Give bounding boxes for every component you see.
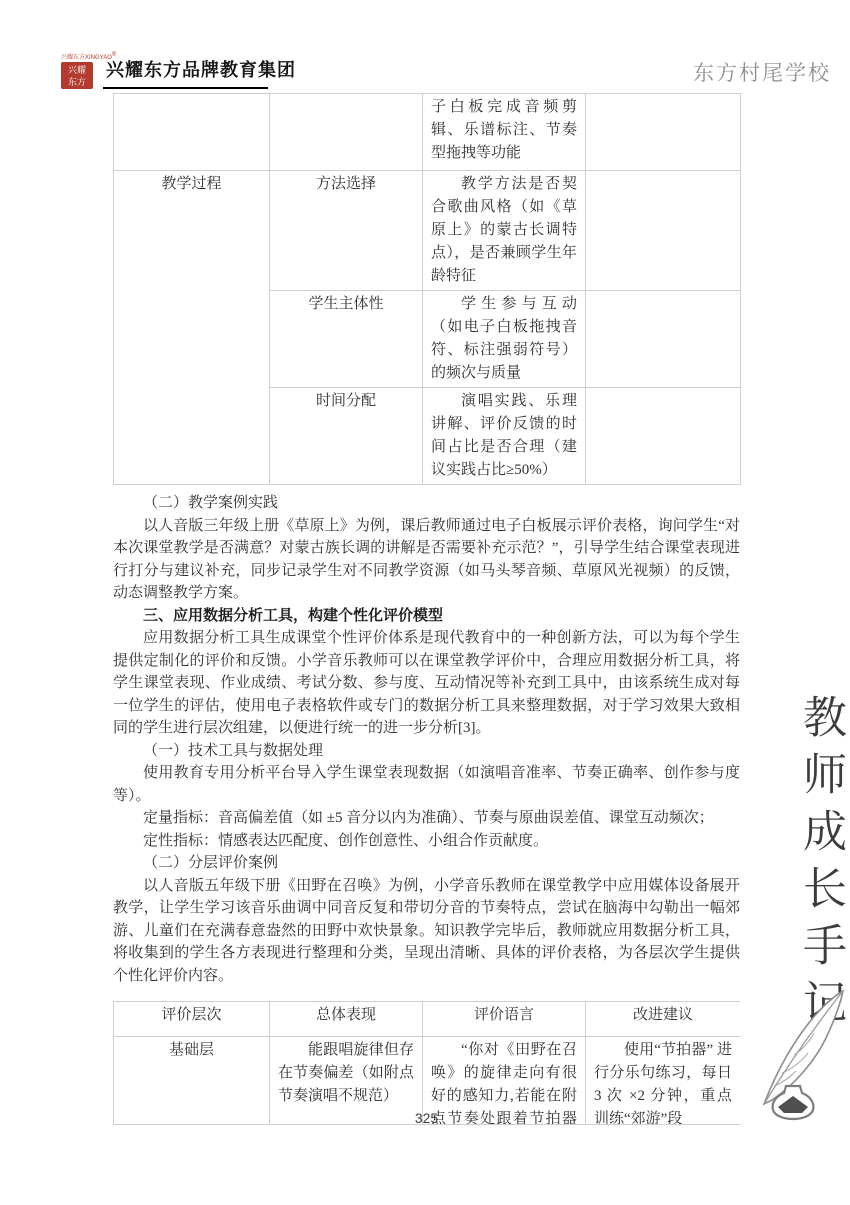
- seal-stamp-icon: 兴耀 东方: [61, 62, 93, 89]
- table-row: 教学过程 方法选择 教学方法是否契合歌曲风格（如《草原上》的蒙古长调特点），是否…: [114, 171, 741, 291]
- indicator-cell: 时间分配: [270, 388, 423, 485]
- paragraph: 以人音版五年级下册《田野在召唤》为例，小学音乐教师在课堂教学中应用媒体设备展开教…: [113, 875, 740, 988]
- seal-char-row-2: 东方: [61, 76, 93, 88]
- layered-evaluation-table: 评价层次 总体表现 评价语言 改进建议 基础层 能跟唱旋律但存在节奏偏差（如附点…: [113, 1001, 740, 1125]
- empty-cell: [586, 388, 741, 485]
- dimension-cell: 教学过程: [114, 171, 270, 485]
- paragraph: 应用数据分析工具生成课堂个性评价体系是现代教育中的一种创新方法，可以为每个学生提…: [113, 627, 740, 740]
- body-text: （二）教学案例实践 以人音版三年级上册《草原上》为例，课后教师通过电子白板展示评…: [113, 492, 740, 987]
- subheading: （二）教学案例实践: [113, 492, 740, 515]
- teaching-process-table: 子白板完成音频剪辑、乐谱标注、节奏型拖拽等功能 教学过程 方法选择 教学方法是否…: [113, 93, 741, 485]
- criteria-cell: 演唱实践、乐理讲解、评价反馈的时间占比是否合理（建议实践占比≥50%）: [423, 388, 586, 485]
- subheading: （二）分层评价案例: [113, 852, 740, 875]
- empty-cell: [270, 94, 423, 171]
- table-row: 子白板完成音频剪辑、乐谱标注、节奏型拖拽等功能: [114, 94, 741, 171]
- column-header: 评价层次: [114, 1002, 270, 1037]
- quill-ink-icon: [748, 983, 850, 1123]
- layered-evaluation-table-clip: 评价层次 总体表现 评价语言 改进建议 基础层 能跟唱旋律但存在节奏偏差（如附点…: [113, 1001, 740, 1125]
- empty-cell: [586, 171, 741, 291]
- paragraph: 以人音版三年级上册《草原上》为例，课后教师通过电子白板展示评价表格，询问学生“对…: [113, 515, 740, 605]
- school-name: 东方村尾学校: [693, 57, 831, 87]
- empty-cell: [114, 94, 270, 171]
- column-header: 总体表现: [270, 1002, 423, 1037]
- header-rule: [103, 87, 268, 89]
- seal-char-row-1: 兴耀: [61, 64, 93, 76]
- document-page: 兴耀东方XINGYAO® 兴耀 东方 兴耀东方品牌教育集团 东方村尾学校 子白板…: [0, 0, 850, 1205]
- column-header: 改进建议: [586, 1002, 741, 1037]
- empty-cell: [586, 94, 741, 171]
- brand-seal-logo: 兴耀东方XINGYAO® 兴耀 东方: [61, 52, 107, 89]
- paragraph: 定量指标：音高偏差值（如 ±5 音分以内为准确）、节奏与原曲误差值、课堂互动频次…: [113, 807, 740, 830]
- page-content: 子白板完成音频剪辑、乐谱标注、节奏型拖拽等功能 教学过程 方法选择 教学方法是否…: [113, 93, 740, 1125]
- paragraph: 定性指标：情感表达匹配度、创作创意性、小组合作贡献度。: [113, 830, 740, 853]
- table-header-row: 评价层次 总体表现 评价语言 改进建议: [114, 1002, 741, 1037]
- column-header: 评价语言: [423, 1002, 586, 1037]
- seal-small-text: 兴耀东方XINGYAO®: [61, 52, 107, 62]
- paragraph: 使用教育专用分析平台导入学生课堂表现数据（如演唱音准率、节奏正确率、创作参与度等…: [113, 762, 740, 807]
- indicator-cell: 学生主体性: [270, 291, 423, 388]
- brand-name: 兴耀东方品牌教育集团: [106, 56, 296, 82]
- empty-cell: [586, 291, 741, 388]
- criteria-cell: 教学方法是否契合歌曲风格（如《草原上》的蒙古长调特点），是否兼顾学生年龄特征: [423, 171, 586, 291]
- section-heading: 三、应用数据分析工具，构建个性化评价模型: [113, 605, 740, 628]
- indicator-cell: 方法选择: [270, 171, 423, 291]
- criteria-cell: 子白板完成音频剪辑、乐谱标注、节奏型拖拽等功能: [423, 94, 586, 171]
- subheading: （一）技术工具与数据处理: [113, 740, 740, 763]
- page-number: 325: [113, 1110, 740, 1126]
- criteria-cell: 学生参与互动（如电子白板拖拽音符、标注强弱符号）的频次与质量: [423, 291, 586, 388]
